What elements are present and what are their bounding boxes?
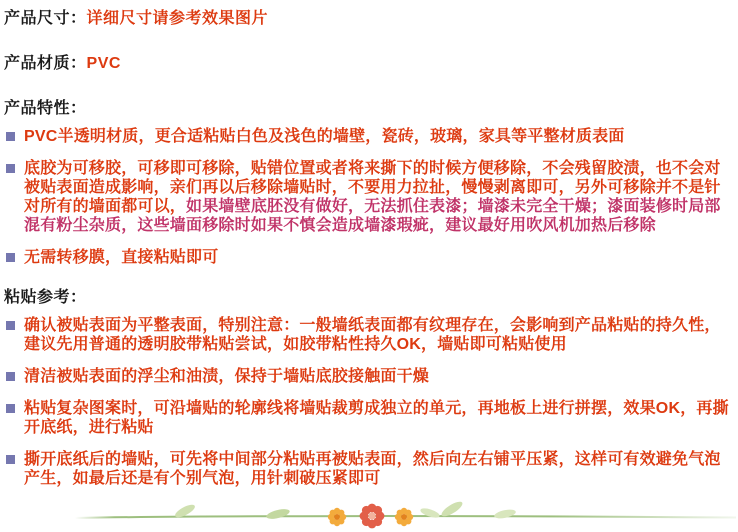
paste-item: 撕开底纸后的墙贴，可先将中间部分粘贴再被贴表面，然后向左右铺平压紧，这样可有效避…: [4, 450, 734, 488]
spec-row-material: 产品材质：PVC: [4, 54, 734, 73]
square-bullet-icon: [6, 372, 15, 381]
square-bullet-icon: [6, 455, 15, 464]
leaf: [419, 506, 440, 519]
paste-text-main: 清洁被贴表面的浮尘和油渍，保持于墙贴底胶接触面干燥: [24, 368, 429, 385]
spec-row-size: 产品尺寸：详细尺寸请参考效果图片: [4, 9, 734, 28]
paste-text-main: 粘贴复杂图案时，可沿墙贴的轮廓线将墙贴裁剪成独立的单元，再地板上进行拼摆，效果O…: [24, 400, 729, 436]
feature-text-main: PVC半透明材质，更合适粘贴白色及浅色的墙壁，瓷砖，玻璃，家具等平整材质表面: [24, 128, 625, 145]
feature-text: 无需转移膜，直接粘贴即可: [24, 248, 218, 267]
paste-text: 确认被贴表面为平整表面，特别注意：一般墙纸表面都有纹理存在，会影响到产品粘贴的持…: [24, 316, 734, 354]
paste-item: 确认被贴表面为平整表面，特别注意：一般墙纸表面都有纹理存在，会影响到产品粘贴的持…: [4, 316, 734, 354]
paste-text: 撕开底纸后的墙贴，可先将中间部分粘贴再被贴表面，然后向左右铺平压紧，这样可有效避…: [24, 450, 734, 488]
product-description: 产品尺寸：详细尺寸请参考效果图片 产品材质：PVC 产品特性： PVC半透明材质…: [0, 0, 738, 488]
leaf: [493, 508, 516, 520]
square-bullet-icon: [6, 321, 15, 330]
spec-size-label: 产品尺寸：: [4, 10, 87, 27]
section-paste-guide: 粘贴参考： 确认被贴表面为平整表面，特别注意：一般墙纸表面都有纹理存在，会影响到…: [4, 288, 734, 488]
paste-text: 清洁被贴表面的浮尘和油渍，保持于墙贴底胶接触面干燥: [24, 367, 429, 386]
square-bullet-icon: [6, 253, 15, 262]
spec-size-value: 详细尺寸请参考效果图片: [87, 10, 269, 27]
spec-material-label: 产品材质：: [4, 55, 87, 72]
features-heading: 产品特性：: [4, 99, 734, 118]
yellow-flower: [328, 508, 346, 526]
floral-vine-divider: [0, 498, 738, 532]
feature-item: PVC半透明材质，更合适粘贴白色及浅色的墙壁，瓷砖，玻璃，家具等平整材质表面: [4, 127, 734, 146]
red-flower: [360, 504, 385, 529]
feature-item: 无需转移膜，直接粘贴即可: [4, 248, 734, 267]
paste-text-main: 撕开底纸后的墙贴，可先将中间部分粘贴再被贴表面，然后向左右铺平压紧，这样可有效避…: [24, 451, 721, 487]
yellow-flower: [395, 508, 413, 526]
feature-text: 底胶为可移胶，可移即可移除，贴错位置或者将来撕下的时候方便移除，不会残留胶渍，也…: [24, 159, 734, 235]
spec-material-value: PVC: [87, 55, 121, 72]
floral-vine-divider-icon: [0, 498, 738, 532]
feature-item: 底胶为可移胶，可移即可移除，贴错位置或者将来撕下的时候方便移除，不会残留胶渍，也…: [4, 159, 734, 235]
paste-item: 粘贴复杂图案时，可沿墙贴的轮廓线将墙贴裁剪成独立的单元，再地板上进行拼摆，效果O…: [4, 399, 734, 437]
feature-text: PVC半透明材质，更合适粘贴白色及浅色的墙壁，瓷砖，玻璃，家具等平整材质表面: [24, 127, 625, 146]
paste-text: 粘贴复杂图案时，可沿墙贴的轮廓线将墙贴裁剪成独立的单元，再地板上进行拼摆，效果O…: [24, 399, 734, 437]
paste-item: 清洁被贴表面的浮尘和油渍，保持于墙贴底胶接触面干燥: [4, 367, 734, 386]
leaf: [265, 507, 290, 521]
square-bullet-icon: [6, 404, 15, 413]
section-features: 产品特性： PVC半透明材质，更合适粘贴白色及浅色的墙壁，瓷砖，玻璃，家具等平整…: [4, 99, 734, 267]
feature-text-main: 无需转移膜，直接粘贴即可: [24, 249, 218, 266]
square-bullet-icon: [6, 164, 15, 173]
paste-heading: 粘贴参考：: [4, 288, 734, 307]
paste-text-main: 确认被贴表面为平整表面，特别注意：一般墙纸表面都有纹理存在，会影响到产品粘贴的持…: [24, 317, 721, 353]
square-bullet-icon: [6, 132, 15, 141]
